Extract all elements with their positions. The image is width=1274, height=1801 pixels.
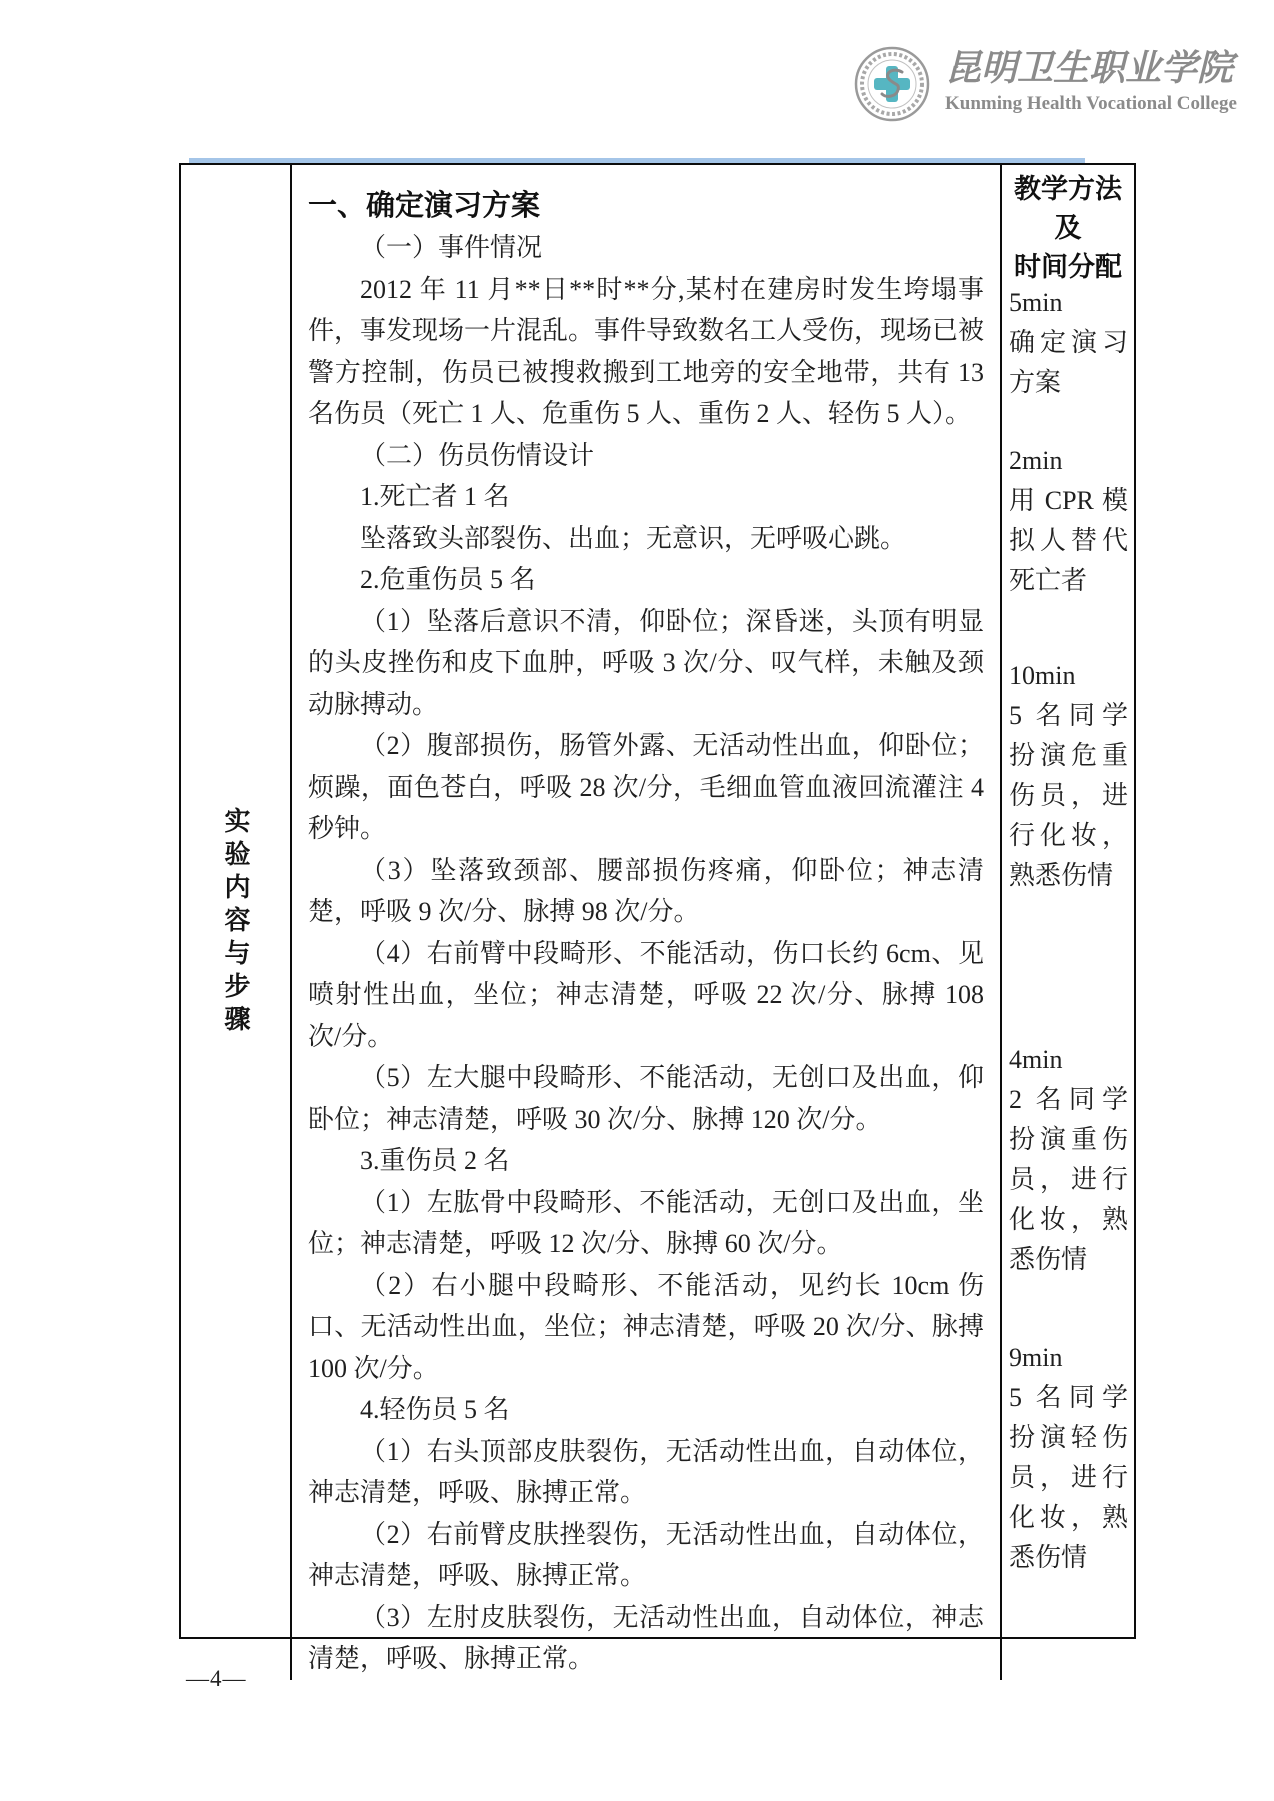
content-paragraph: （5）左大腿中段畸形、不能活动，无创口及出血，仰卧位；神志清楚，呼吸 30 次/… bbox=[308, 1057, 984, 1140]
schedule-desc: 5 名同学扮演轻伤员，进行化妆，熟悉伤情 bbox=[1009, 1378, 1128, 1578]
page-number: —4— bbox=[186, 1666, 247, 1692]
methods-header-line3: 时间分配 bbox=[1014, 252, 1122, 282]
college-name-zh: 昆明卫生职业学院 bbox=[945, 45, 1237, 91]
schedule-desc: 确定演习方案 bbox=[1009, 323, 1128, 403]
schedule-time: 10min bbox=[1009, 656, 1128, 696]
college-name-block: 昆明卫生职业学院 Kunming Health Vocational Colle… bbox=[945, 45, 1237, 115]
content-paragraph: 2012 年 11 月**日**时**分,某村在建房时发生垮塌事件，事发现场一片… bbox=[308, 269, 984, 435]
content-list-item: 2.危重伤员 5 名 bbox=[308, 559, 984, 601]
schedule-item: 4min 2 名同学扮演重伤员，进行化妆，熟悉伤情 bbox=[1009, 1040, 1128, 1280]
methods-header-line1: 教学方法 bbox=[1014, 174, 1122, 204]
college-header: 昆明卫生职业学院 Kunming Health Vocational Colle… bbox=[853, 45, 1237, 123]
table-cell-content: 一、确定演习方案 （一）事件情况 2012 年 11 月**日**时**分,某村… bbox=[292, 165, 1002, 1680]
content-paragraph: （2）右小腿中段畸形、不能活动，见约长 10cm 伤口、无活动性出血，坐位；神志… bbox=[308, 1265, 984, 1390]
content-list-item: 3.重伤员 2 名 bbox=[308, 1140, 984, 1182]
content-paragraph: （4）右前臂中段畸形、不能活动，伤口长约 6cm、见喷射性出血，坐位；神志清楚，… bbox=[308, 933, 984, 1058]
content-paragraph: （3）左肘皮肤裂伤，无活动性出血，自动体位，神志清楚，呼吸、脉搏正常。 bbox=[308, 1597, 984, 1680]
content-list-item: 1.死亡者 1 名 bbox=[308, 476, 984, 518]
schedule-item: 2min 用 CPR 模拟人替代死亡者 bbox=[1009, 441, 1128, 601]
content-paragraph: （2）右前臂皮肤挫裂伤，无活动性出血，自动体位，神志清楚，呼吸、脉搏正常。 bbox=[308, 1514, 984, 1597]
content-paragraph: （1）坠落后意识不清，仰卧位；深昏迷，头顶有明显的头皮挫伤和皮下血肿，呼吸 3 … bbox=[308, 601, 984, 726]
schedule-time: 9min bbox=[1009, 1338, 1128, 1378]
schedule-time: 5min bbox=[1009, 283, 1128, 323]
content-paragraph: 坠落致头部裂伤、出血；无意识，无呼吸心跳。 bbox=[308, 518, 984, 560]
content-subheading: （二）伤员伤情设计 bbox=[308, 435, 984, 477]
schedule-desc: 用 CPR 模拟人替代死亡者 bbox=[1009, 481, 1128, 601]
schedule-desc: 2 名同学扮演重伤员，进行化妆，熟悉伤情 bbox=[1009, 1080, 1128, 1280]
content-paragraph: （1）左肱骨中段畸形、不能活动，无创口及出血，坐位；神志清楚，呼吸 12 次/分… bbox=[308, 1182, 984, 1265]
schedule-desc: 5 名同学扮演危重伤员，进行化妆，熟悉伤情 bbox=[1009, 696, 1128, 896]
table-cell-row-label: 实验内容与步骤 bbox=[181, 165, 292, 1680]
college-logo-icon bbox=[853, 45, 931, 123]
college-name-en: Kunming Health Vocational College bbox=[945, 93, 1237, 115]
section-title: 一、确定演习方案 bbox=[308, 185, 984, 227]
schedule-time: 4min bbox=[1009, 1040, 1128, 1080]
row-label-experiment-content: 实验内容与步骤 bbox=[217, 807, 254, 1038]
content-paragraph: （1）右头顶部皮肤裂伤，无活动性出血，自动体位，神志清楚，呼吸、脉搏正常。 bbox=[308, 1431, 984, 1514]
content-paragraph: （2）腹部损伤，肠管外露、无活动性出血，仰卧位；烦躁，面色苍白，呼吸 28 次/… bbox=[308, 725, 984, 850]
content-subheading: （一）事件情况 bbox=[308, 227, 984, 269]
methods-column-header: 教学方法 及 时间分配 bbox=[1002, 165, 1134, 287]
lesson-plan-table: 实验内容与步骤 一、确定演习方案 （一）事件情况 2012 年 11 月**日*… bbox=[179, 163, 1136, 1639]
document-page: 昆明卫生职业学院 Kunming Health Vocational Colle… bbox=[0, 0, 1274, 1801]
schedule-item: 5min 确定演习方案 bbox=[1009, 283, 1128, 403]
schedule-item: 10min 5 名同学扮演危重伤员，进行化妆，熟悉伤情 bbox=[1009, 656, 1128, 896]
schedule-item: 9min 5 名同学扮演轻伤员，进行化妆，熟悉伤情 bbox=[1009, 1338, 1128, 1578]
table-cell-methods: 教学方法 及 时间分配 5min 确定演习方案 2min 用 CPR 模拟人替代… bbox=[1002, 165, 1134, 1680]
content-paragraph: （3）坠落致颈部、腰部损伤疼痛，仰卧位；神志清楚，呼吸 9 次/分、脉搏 98 … bbox=[308, 850, 984, 933]
schedule-time: 2min bbox=[1009, 441, 1128, 481]
methods-header-line2: 及 bbox=[1055, 213, 1082, 243]
content-list-item: 4.轻伤员 5 名 bbox=[308, 1389, 984, 1431]
